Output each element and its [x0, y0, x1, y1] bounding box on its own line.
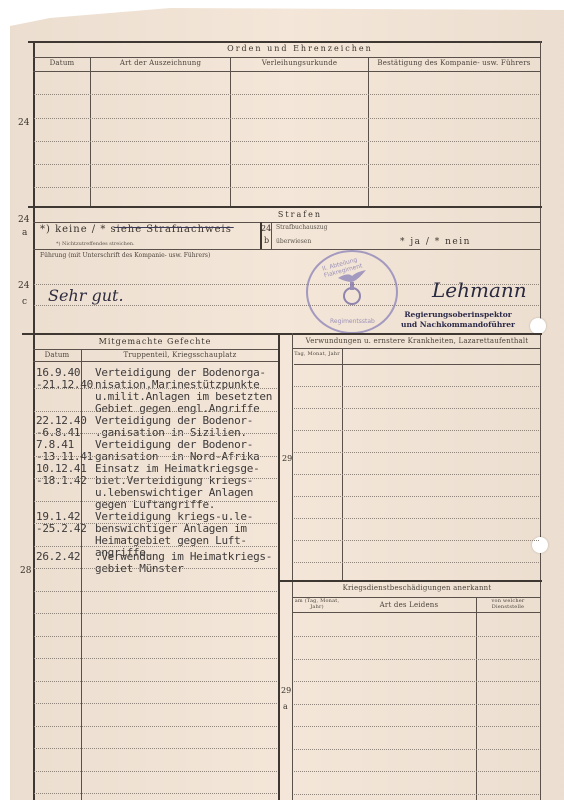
strike-through-scribble [110, 227, 234, 234]
orden-title: Orden und Ehrenzeichen [200, 44, 400, 53]
orden-col-datum: Datum [34, 59, 90, 67]
kriegsdienst-row-letter: a [283, 702, 288, 711]
gefechte-entry-date: 22.12.40 -6.8.41 [36, 415, 87, 439]
punch-hole [530, 318, 546, 334]
strafen-footnote: *) Nichtzutreffendes streichen. [56, 241, 135, 247]
verwundungen-title: Verwundungen u. ernstere Krankheiten, La… [294, 337, 540, 345]
stamp-bottom-text: Regimentsstab [330, 318, 375, 325]
kriegsdienst-col-art: Art des Leidens [343, 601, 475, 609]
gefechte-entry-date: 26.2.42 [36, 551, 80, 563]
kriegsdienst-title: Kriegsdienstbeschädigungen anerkannt [294, 584, 540, 592]
signer-title-line1: Regierungsoberinspektor [396, 310, 520, 320]
fuehrung-label: Führung (mit Unterschrift des Kompanie- … [40, 252, 210, 259]
gefechte-entry-text: Einsatz im Heimatkriegsge- biet.Verteidi… [95, 463, 259, 511]
gefechte-entry-text: .Verwendung im Heimatkriegs- gebiet Müns… [95, 551, 272, 575]
strafbuch-value: * ja / * nein [400, 237, 471, 247]
orden-col-bestaetigung: Bestätigung des Kompanie- usw. Führers [369, 59, 539, 67]
strafen-24a-letter: a [22, 228, 27, 238]
fuehrung-letter: c [22, 297, 27, 307]
signature: Lehmann [432, 278, 527, 302]
gefechte-entry-date: 10.12.41 -18.1.42 [36, 463, 87, 487]
strafen-24b-number: 24 [261, 224, 271, 233]
strafbuch-label: Strafbuchauszug [276, 224, 328, 231]
orden-row-number: 24 [18, 118, 29, 128]
signer-title-line2: und Nachkommandoführer [396, 320, 520, 330]
gefechte-col-datum: Datum [34, 351, 80, 359]
fuehrung-handwritten: Sehr gut. [48, 286, 124, 305]
gefechte-entry-text: Verteidigung der Bodenor- ganisation in … [95, 439, 259, 463]
orden-col-art: Art der Auszeichnung [91, 59, 230, 67]
official-stamp: II. Abteilung Flakregiment Regimentsstab [306, 250, 398, 334]
kriegsdienst-row-number: 29 [281, 686, 291, 695]
gefechte-entry-text: Verteidigung der Bodenor- .ganisation in… [95, 415, 253, 439]
gefechte-row-number: 28 [20, 566, 31, 576]
gefechte-title: Mitgemachte Gefechte [60, 337, 250, 346]
verwundungen-row-number: 29 [282, 454, 292, 463]
gefechte-col-truppenteil: Truppenteil, Kriegsschauplatz [82, 351, 278, 359]
orden-col-urkunde: Verleihungsurkunde [231, 59, 368, 67]
gefechte-entry-text: Verteidigung der Bodenorga- nisation,Mar… [95, 367, 272, 415]
strafen-24b-letter: b [264, 236, 269, 245]
signer-title: Regierungsoberinspektor und Nachkommando… [396, 310, 520, 330]
ueberwiesen-label: überwiesen [276, 238, 311, 245]
strafen-title: Strafen [200, 210, 400, 219]
kriegsdienst-col-date: am (Tag, Monat, Jahr) [293, 598, 341, 610]
gefechte-entry-date: 7.8.41 -13.11.41 [36, 439, 93, 463]
kriegsdienst-col-stelle: von welcher Dienststelle [477, 598, 539, 610]
strafen-24a-number: 24 [18, 215, 29, 225]
verwundungen-col-date: Tag, Monat, Jahr [294, 351, 340, 357]
fuehrung-number: 24 [18, 281, 29, 291]
